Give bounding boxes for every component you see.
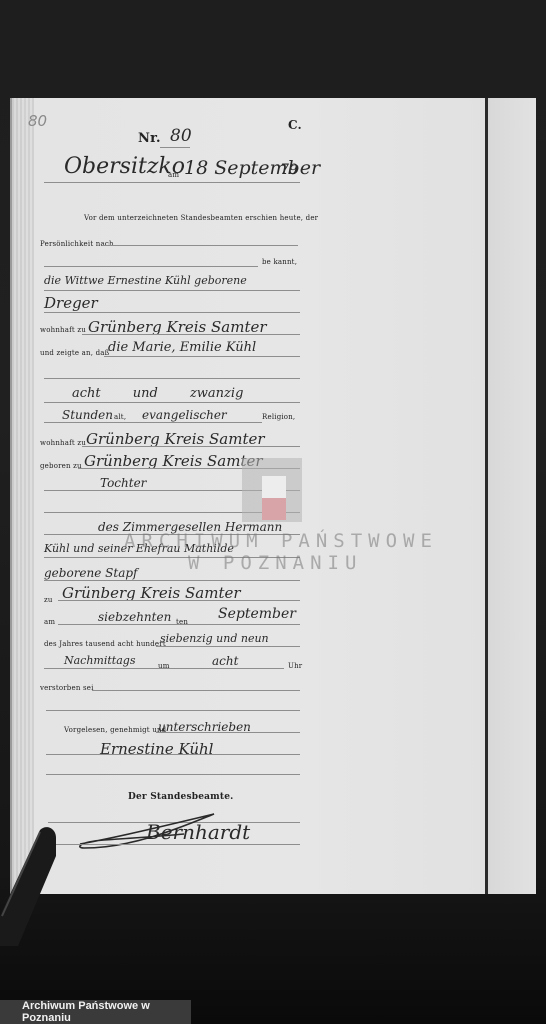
facing-page: [488, 98, 536, 894]
year-label: des Jahres tausend acht hundert: [44, 640, 166, 648]
identity-suffix: be kannt,: [262, 258, 297, 266]
time-of-day: Nachmittags: [64, 654, 135, 667]
birth-label: geboren zu: [40, 462, 82, 470]
page-stack-edge: [12, 98, 34, 894]
deceased-name: die Marie, Emilie Kühl: [108, 340, 256, 355]
informant-line1: die Wittwe Ernestine Kühl geborene: [44, 274, 247, 287]
watermark-line2: W POZNANIU: [188, 552, 362, 574]
death-year: siebenzig und neun: [160, 632, 269, 645]
residence-label-2: wohnhaft zu: [40, 439, 86, 447]
hour-label: Uhr: [288, 662, 302, 670]
parent-line3: geborene Stapf: [44, 566, 138, 580]
age-text: acht und zwanzig: [72, 386, 243, 401]
declared-label: und zeigte an, daß: [40, 349, 110, 357]
record-number-label: Nr.: [138, 131, 161, 146]
religion-label: Religion,: [262, 413, 295, 421]
place: Obersitzko: [64, 154, 185, 179]
archive-caption: Archiwum Państwowe w Poznaniu: [0, 1000, 191, 1024]
relation: Tochter: [100, 476, 146, 490]
informant-signature: Ernestine Kühl: [100, 740, 213, 758]
book-strap: [0, 826, 60, 946]
died-label: verstorben sei: [40, 684, 94, 692]
age-unit: Stunden: [62, 408, 113, 422]
form-letter: C.: [288, 118, 302, 132]
pencil-page-number: 80: [28, 112, 47, 130]
hour: acht: [212, 654, 238, 668]
death-day: siebzehnten: [98, 610, 171, 624]
death-day-label: am: [44, 618, 55, 626]
identity-label: Persönlichkeit nach: [40, 240, 114, 248]
year-suffix: 79: [280, 162, 298, 178]
date-prefix: am: [168, 171, 179, 179]
intro-text: Vor dem unterzeichneten Standesbeamten e…: [84, 214, 318, 222]
date: 18 September: [184, 157, 320, 179]
read-label: Vorgelesen, genehmigt und: [64, 726, 166, 734]
official-label: Der Standesbeamte.: [128, 792, 234, 802]
death-place-label: zu: [44, 596, 53, 604]
flag-red-stripe: [262, 498, 286, 520]
watermark-line1: ARCHIWUM PAŃSTWOWE: [124, 530, 438, 552]
religion-value: evangelischer: [142, 408, 227, 422]
informant-line2: Dreger: [44, 294, 98, 312]
flag-white-stripe: [262, 476, 286, 498]
death-month: September: [218, 606, 296, 622]
age-label: alt,: [114, 413, 126, 421]
official-signature: Bernhardt: [146, 820, 250, 844]
residence-label-1: wohnhaft zu: [40, 326, 86, 334]
record-number: 80: [170, 126, 192, 146]
